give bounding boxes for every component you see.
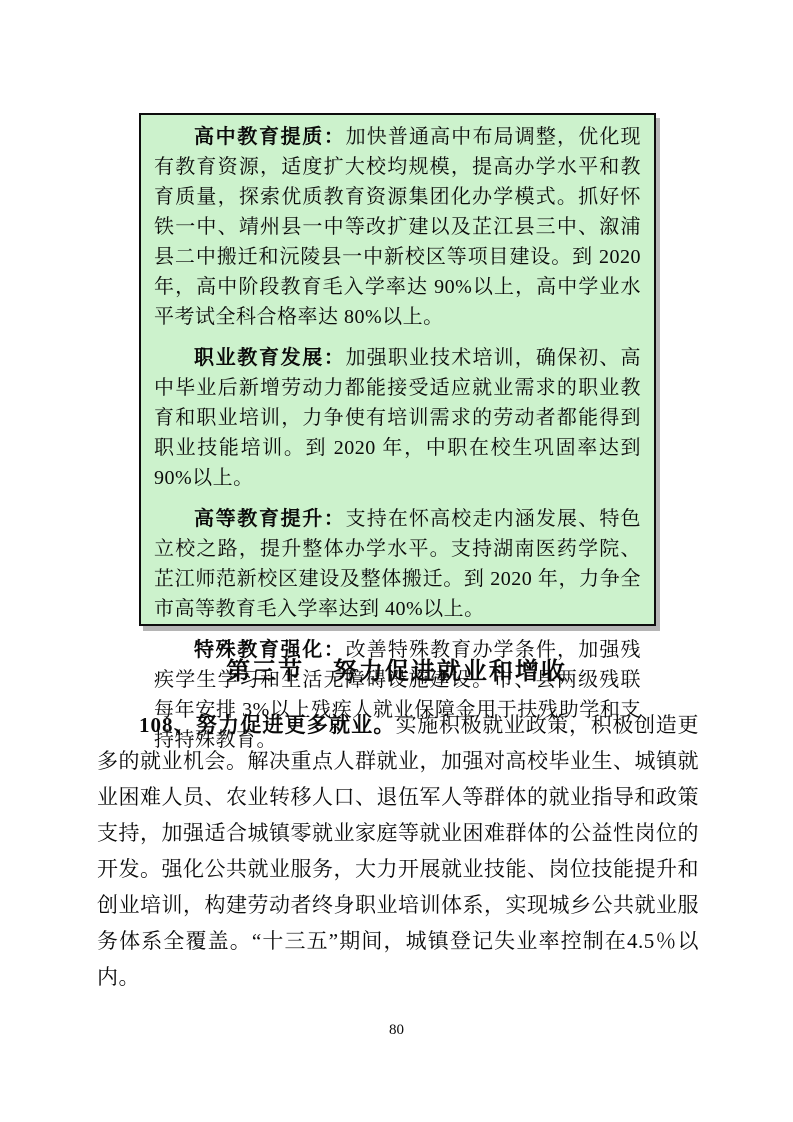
box-paragraph-highschool: 高中教育提质：加快普通高中布局调整，优化现有教育资源，适度扩大校均规模，提高办学… <box>154 122 641 332</box>
section-title: 努力促进就业和增收 <box>333 659 567 685</box>
box-paragraph-highschool-body: 加快普通高中布局调整，优化现有教育资源，适度扩大校均规模，提高办学水平和教育质量… <box>154 126 641 328</box>
paragraph-108-lead: 108、努力促进更多就业。 <box>139 713 396 737</box>
box-paragraph-higher-ed-heading: 高等教育提升： <box>194 508 346 530</box>
paragraph-108: 108、努力促进更多就业。实施积极就业政策，积极创造更多的就业机会。解决重点人群… <box>97 707 699 995</box>
education-highlight-box: 高中教育提质：加快普通高中布局调整，优化现有教育资源，适度扩大校均规模，提高办学… <box>139 113 656 626</box>
box-paragraph-vocational: 职业教育发展：加强职业技术培训，确保初、高中毕业后新增劳动力都能接受适应就业需求… <box>154 343 641 493</box>
section-heading: 第三节努力促进就业和增收 <box>0 651 793 686</box>
paragraph-108-body: 实施积极就业政策，积极创造更多的就业机会。解决重点人群就业，加强对高校毕业生、城… <box>97 713 699 989</box>
section-label: 第三节 <box>226 659 304 685</box>
box-paragraph-highschool-heading: 高中教育提质： <box>194 126 346 148</box>
box-paragraph-higher-ed: 高等教育提升：支持在怀高校走内涵发展、特色立校之路，提升整体办学水平。支持湖南医… <box>154 504 641 624</box>
document-page: 高中教育提质：加快普通高中布局调整，优化现有教育资源，适度扩大校均规模，提高办学… <box>0 0 793 1122</box>
page-number: 80 <box>0 1022 793 1039</box>
box-paragraph-vocational-heading: 职业教育发展： <box>194 347 346 369</box>
